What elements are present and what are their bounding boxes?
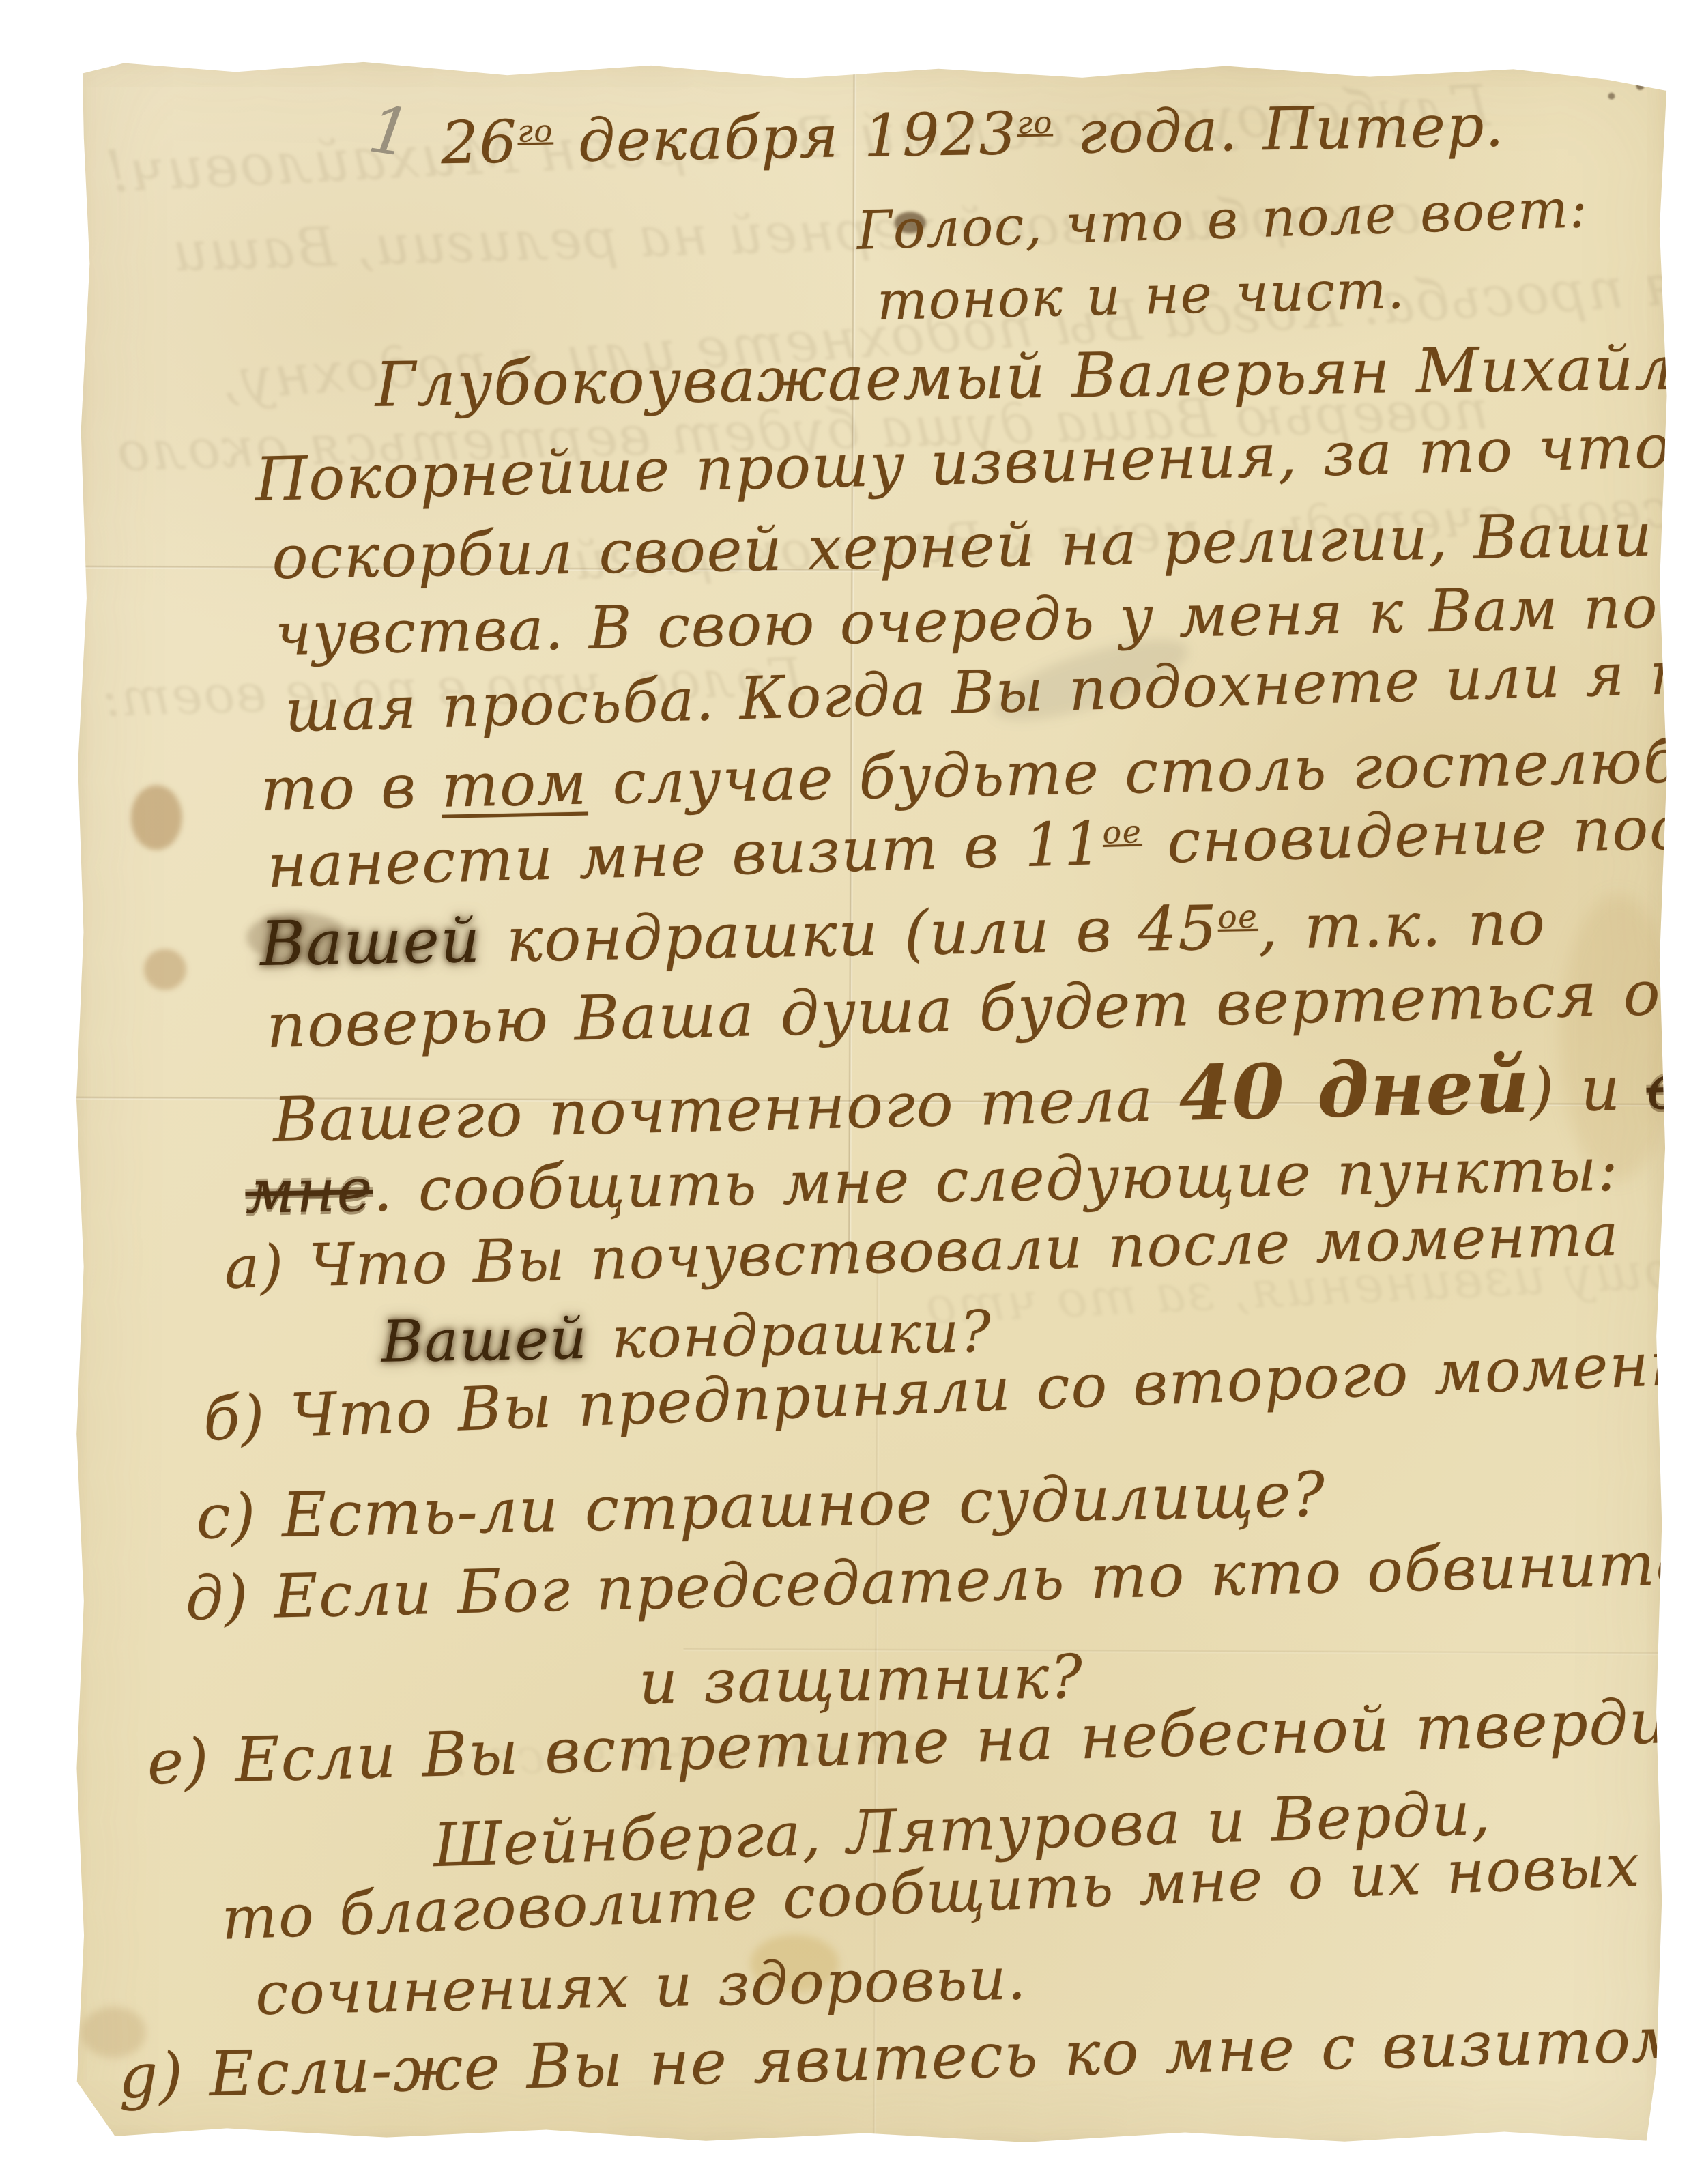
scan-background: Глубокоуважаемый Валерьян Михайлович! ос… <box>0 0 1704 2184</box>
date-day-suffix: го <box>517 113 553 149</box>
salutation: Глубокоуважаемый Валерьян Михайлович! <box>375 335 1704 416</box>
body-line-2: оскорбил своей херней на религии, Ваши <box>272 505 1654 588</box>
body-line-9-mid: ) и <box>1529 1052 1647 1127</box>
pencil-page-number: 1 <box>364 97 416 167</box>
body-line-10-struck-word: мне <box>245 1155 374 1227</box>
stain <box>144 949 186 990</box>
body-line-9-forty-days: 40 дней <box>1178 1041 1531 1138</box>
epigraph-line-2: тонок и не чист. <box>876 263 1406 328</box>
date-tail: года. Питер. <box>1052 91 1505 167</box>
stain <box>1636 82 1644 90</box>
item-c-line-1: с) Есть-ли страшное судилище? <box>195 1464 1326 1548</box>
stain <box>131 785 182 850</box>
body-line-7-post: , т.к. по <box>1258 887 1546 964</box>
body-line-5-underlined-word: том <box>441 747 588 820</box>
epigraph-line-1: Голос, что в поле воет: <box>856 182 1589 258</box>
body-line-7-ordinal: ое <box>1217 899 1258 936</box>
date-line: 26го декабря 1923го года. Питер. <box>440 96 1505 173</box>
body-line-6-ordinal: ое <box>1102 814 1142 851</box>
item-a-label: а) <box>224 1233 285 1302</box>
body-line-7-smudged-word: Вашей <box>259 905 481 980</box>
item-a-line-2-smudged-word: Вашей <box>381 1305 588 1375</box>
item-e-line-4: сочинениях и здоровьи. <box>255 1949 1027 2024</box>
date-year-suffix: го <box>1017 104 1053 141</box>
body-line-1: Покорнейше прошу извинения, за то что <box>255 416 1673 510</box>
body-line-7: Вашей кондрашки (или в 45ое, т.к. по <box>259 893 1546 975</box>
body-line-9-pre: Вашего почтенного тела <box>272 1063 1180 1156</box>
stain <box>1620 66 1631 76</box>
stain <box>1608 93 1615 100</box>
item-c-text: Есть-ли страшное судилище? <box>281 1459 1327 1551</box>
date-day: 26 <box>440 108 518 177</box>
item-g-label: g) <box>118 2039 185 2112</box>
body-line-5-pre: то в <box>260 751 442 824</box>
body-line-7-mid: кондрашки (или в 45 <box>480 893 1219 977</box>
item-e-line-1: е) Если Вы встретите на небесной тверди <box>147 1691 1671 1794</box>
item-d-label: д) <box>185 1562 250 1633</box>
date-mid: декабря 1923 <box>553 100 1017 175</box>
body-line-6-pre: нанести мне визит в 11 <box>266 808 1103 901</box>
item-c-label: с) <box>195 1480 257 1553</box>
item-b-label: б) <box>202 1381 267 1454</box>
body-line-9-struck-word: скоро <box>1645 1048 1704 1124</box>
item-e-label: е) <box>146 1725 210 1798</box>
letter-page: Глубокоуважаемый Валерьян Михайлович! ос… <box>67 55 1673 2151</box>
